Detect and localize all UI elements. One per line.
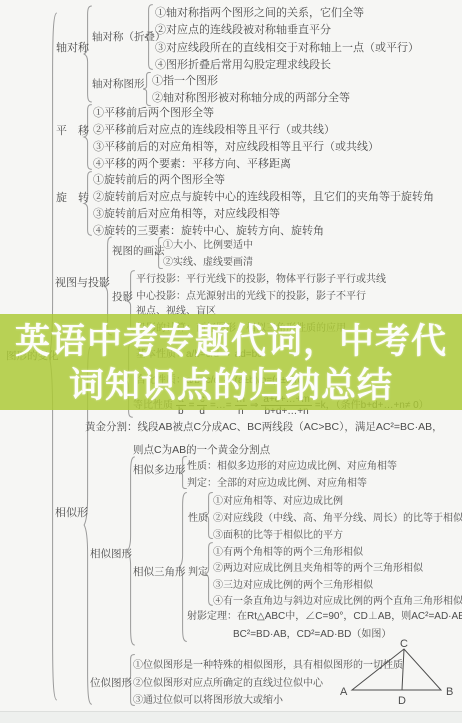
golden-ratio-line1: 黄金分割：线段AB被点C分成AC、BC两线段（AC>BC），满足AC²=BC·A… [85,421,443,434]
vertex-label-c: C [400,638,408,650]
tree-item: ②轴对称图形被对称轴分成的两部分全等 [152,92,350,105]
tree-item: ①平移前后两个图形全等 [93,107,214,120]
banner-title-line1[interactable]: 英语中考专题代词，中考代 [0,320,462,364]
tree-item: ②两边对应成比例且夹角相等的两个三角形相似 [213,562,423,575]
branch-label-axisymmetry: 轴对称 [56,42,89,55]
vertex-label-b: B [446,686,453,698]
projection-theorem-line1: 射影定理：在Rt△ABC中，∠C=90°，CD⊥AB，则AC²=AD·AB， [187,610,462,623]
tree-item: ②实线、虚线要画清 [163,256,253,269]
tree-item: ④旋转的三要素：旋转中心、旋转方向、旋转角 [93,225,324,238]
tree-item: 平行投影：平行光线下的投影，物体平行影子平行或共线 [136,273,386,286]
tree-item: 中心投影：点光源射出的光线下的投影，影子不平行 [136,290,366,303]
tree-item: ②旋转前后对应点与旋转中心的连线段相等，且它们的夹角等于旋转角 [93,191,434,204]
node-label-homothetic: 位似图形 [90,677,132,690]
banner-title-line2[interactable]: 词知识点的归纳总结 [0,364,462,408]
golden-ratio-line2: 则点C为AB的一个黄金分割点 [133,444,270,457]
tree-item: ③旋转前后对应角相等，对应线段相等 [93,208,280,221]
tree-item: ③三边对应成比例的两个三角形相似 [213,579,373,592]
node-label-triangle: 相似三角形 [133,566,186,579]
tree-item: ④图形折叠后常用勾股定理求线段长 [155,59,331,72]
node-label-axisfigure: 轴对称图形 [92,78,145,91]
triangle-figure: C A B D [338,638,458,710]
tree-item: ②位似图形对应点所确定的直线过位似中心 [133,677,323,690]
tree-item: ③平移前后的对应角相等，对应线段相等且平行（或共线） [93,141,379,154]
tree-item: ③面积的比等于相似比的平方 [213,529,343,542]
branch-label-viewprojection: 视图与投影 [55,277,110,290]
node-label-projection: 投影 [112,291,133,304]
tree-item: 判定：全部的对应边成比例、对应角相等 [187,477,367,490]
tree-item: ④有一条直角边与斜边对应成比例的两个直角三角形相似 [213,595,462,608]
node-label-triangle-property: 性质 [188,512,208,525]
tree-item: ①对应角相等、对应边成比例 [213,495,343,508]
branch-label-similarity: 相似形 [55,507,88,520]
vertex-label-d: D [398,695,406,707]
tree-item: ①大小、比例要适中 [163,239,253,252]
node-label-triangle-judgment: 判定 [188,566,208,579]
tree-item: ①轴对称指两个图形之间的关系，它们全等 [155,7,364,20]
node-label-drawing: 视图的画法 [112,245,165,258]
tree-item: ②对应线段（中线、高、角平分线、周长）的比等于相似比 [213,512,462,525]
page-bottom-strip [0,711,462,723]
node-label-polygon: 相似多边形 [133,464,186,477]
tree-item: ②对应点的连线段被对称轴垂直平分 [155,24,331,37]
tree-item: ④平移的两个要素：平移方向、平移距离 [93,158,291,171]
tree-item: ①有两个角相等的两个三角形相似 [213,546,363,559]
tree-item: ②平移前后对应点的连线段相等且平行（或共线） [93,124,335,137]
tree-item: ③对应线段所在的直线相交于对称轴上一点（或平行） [155,42,419,55]
node-label-similarfigures: 相似图形 [90,548,132,561]
tree-item: ①指一个图形 [152,75,218,88]
mindmap-page: 轴对称 轴对称（折叠） ①轴对称指两个图形之间的关系，它们全等 ②对应点的连线段… [0,0,462,723]
tree-item: 性质：相似多边形的对应边成比例、对应角相等 [187,460,397,473]
tree-item: ③通过位似可以将图形放大或缩小 [133,694,283,707]
tree-item: ①旋转前后的两个图形全等 [93,174,225,187]
vertex-label-a: A [340,686,348,698]
branch-label-translation: 平 移 [56,125,89,138]
triangle-lines [352,649,441,690]
branch-label-rotation: 旋 转 [56,192,89,205]
